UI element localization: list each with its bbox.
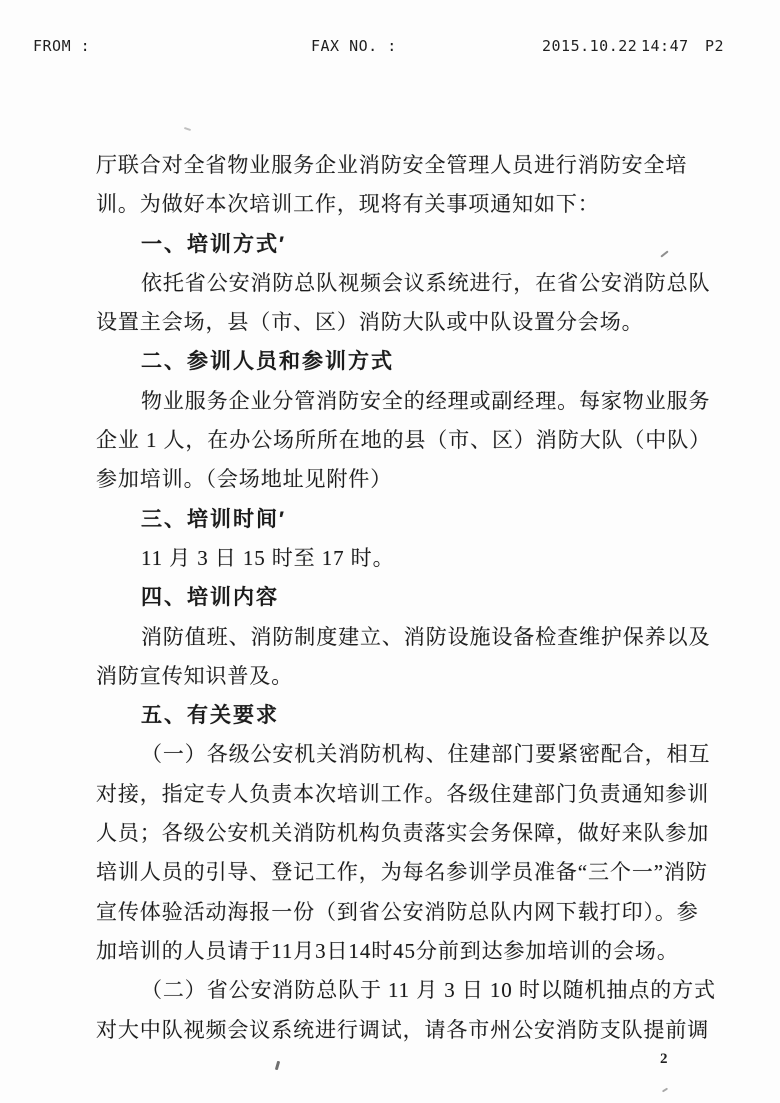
document-line: 厅联合对全省物业服务企业消防安全管理人员进行消防安全培 [96, 146, 736, 185]
fax-number-label: FAX NO. : [311, 37, 397, 55]
document-line: 设置主会场，县（市、区）消防大队或中队设置分会场。 [96, 303, 736, 342]
document-line: 五、有关要求 [96, 696, 736, 735]
document-line: （一）各级公安机关消防机构、住建部门要紧密配合，相互 [96, 735, 736, 774]
page-number: 2 [660, 1051, 668, 1068]
document-line: 依托省公安消防总队视频会议系统进行，在省公安消防总队 [96, 264, 736, 303]
fax-document-page: FROM : FAX NO. : 2015.10.22 14:47 P2 厅联合… [0, 0, 780, 1103]
document-line: 宣传体验活动海报一份（到省公安消防总队内网下载打印）。参 [96, 893, 736, 932]
fax-page-indicator: P2 [705, 37, 724, 55]
document-line: 对接，指定专人负责本次培训工作。各级住建部门负责通知参训 [96, 775, 736, 814]
document-line: 参加培训。（会场地址见附件） [96, 460, 736, 499]
document-line: 一、培训方式′ [96, 225, 736, 264]
document-line: 对大中队视频会议系统进行调试，请各市州公安消防支队提前调 [96, 1011, 736, 1050]
document-line: 四、培训内容 [96, 578, 736, 617]
document-line: 三、培训时间′ [96, 500, 736, 539]
document-line: 二、参训人员和参训方式 [96, 342, 736, 381]
document-body: 厅联合对全省物业服务企业消防安全管理人员进行消防安全培训。为做好本次培训工作，现… [96, 146, 736, 1050]
document-line: （二）省公安消防总队于 11 月 3 日 10 时以随机抽点的方式 [96, 971, 736, 1010]
document-line: 消防值班、消防制度建立、消防设施设备检查维护保养以及 [96, 618, 736, 657]
fax-header: FROM : FAX NO. : 2015.10.22 14:47 P2 [0, 0, 780, 60]
document-line: 培训人员的引导、登记工作，为每名参训学员准备“三个一”消防 [96, 853, 736, 892]
document-line: 加培训的人员请于11月3日14时45分前到达参加培训的会场。 [96, 932, 736, 971]
document-line: 11 月 3 日 15 时至 17 时。 [96, 539, 736, 578]
scan-artifact [275, 1061, 280, 1070]
document-line: 人员；各级公安机关消防机构负责落实会务保障，做好来队参加 [96, 814, 736, 853]
document-line: 消防宣传知识普及。 [96, 657, 736, 696]
fax-date: 2015.10.22 [542, 37, 637, 55]
document-line: 训。为做好本次培训工作，现将有关事项通知如下： [96, 185, 736, 224]
fax-time: 14:47 [641, 37, 689, 55]
scan-artifact [184, 127, 191, 131]
document-line: 企业 1 人，在办公场所所在地的县（市、区）消防大队（中队） [96, 421, 736, 460]
document-line: 物业服务企业分管消防安全的经理或副经理。每家物业服务 [96, 382, 736, 421]
fax-from-label: FROM : [33, 37, 90, 55]
scan-artifact [662, 1088, 668, 1093]
